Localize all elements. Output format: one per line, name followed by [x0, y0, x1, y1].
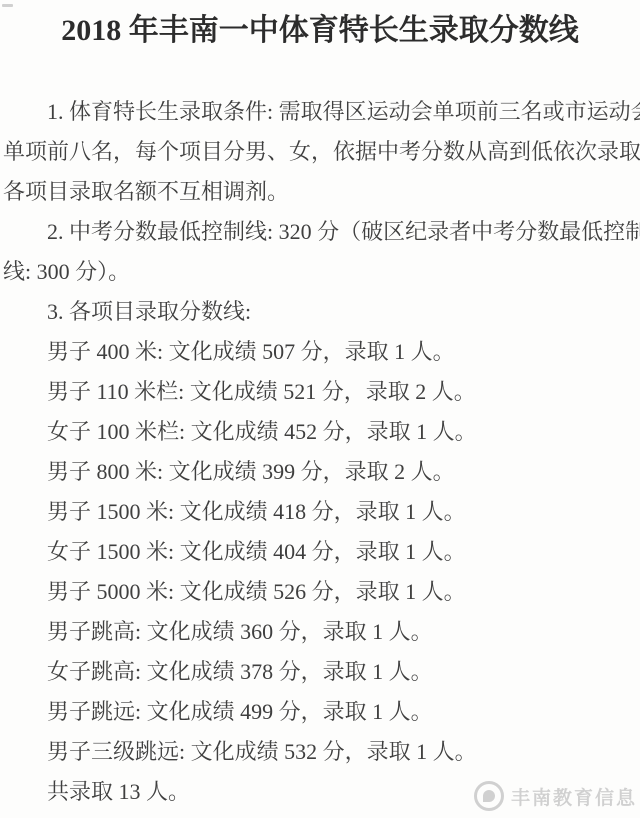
paragraph2-line-2: 线: 300 分）。 — [3, 252, 636, 292]
score-line-men-long-jump: 男子跳远: 文化成绩 499 分，录取 1 人。 — [3, 692, 636, 732]
paragraph1-line-3: 各项目录取名额不互相调剂。 — [3, 172, 636, 212]
score-line-women-100m-hurdles: 女子 100 米栏: 文化成绩 452 分，录取 1 人。 — [3, 412, 636, 452]
scan-artifact-mark — [2, 4, 13, 7]
paragraph1-line-2: 单项前八名，每个项目分男、女，依据中考分数从高到低依次录取， — [3, 132, 636, 172]
score-line-women-high-jump: 女子跳高: 文化成绩 378 分，录取 1 人。 — [3, 652, 636, 692]
score-line-men-800m: 男子 800 米: 文化成绩 399 分，录取 2 人。 — [3, 452, 636, 492]
document-body: 1. 体育特长生录取条件: 需取得区运动会单项前三名或市运动会 单项前八名，每个… — [0, 92, 640, 812]
paragraph2-line-1: 2. 中考分数最低控制线: 320 分（破区纪录者中考分数最低控制 — [3, 212, 636, 252]
score-line-men-400m: 男子 400 米: 文化成绩 507 分，录取 1 人。 — [3, 332, 636, 372]
document-page: 2018 年丰南一中体育特长生录取分数线 1. 体育特长生录取条件: 需取得区运… — [0, 0, 640, 818]
watermark: 丰南教育信息 — [474, 781, 637, 811]
score-line-men-triple-jump: 男子三级跳远: 文化成绩 532 分，录取 1 人。 — [3, 732, 636, 772]
paragraph3-heading: 3. 各项目录取分数线: — [3, 292, 636, 332]
score-line-men-110m-hurdles: 男子 110 米栏: 文化成绩 521 分，录取 2 人。 — [3, 372, 636, 412]
score-line-men-1500m: 男子 1500 米: 文化成绩 418 分，录取 1 人。 — [3, 492, 636, 532]
watermark-logo-icon — [474, 781, 504, 811]
score-line-women-1500m: 女子 1500 米: 文化成绩 404 分，录取 1 人。 — [3, 532, 636, 572]
watermark-text: 丰南教育信息 — [511, 783, 637, 810]
score-line-men-5000m: 男子 5000 米: 文化成绩 526 分，录取 1 人。 — [3, 572, 636, 612]
paragraph1-line-1: 1. 体育特长生录取条件: 需取得区运动会单项前三名或市运动会 — [3, 92, 636, 132]
score-line-men-high-jump: 男子跳高: 文化成绩 360 分，录取 1 人。 — [3, 612, 636, 652]
document-title: 2018 年丰南一中体育特长生录取分数线 — [0, 10, 640, 52]
